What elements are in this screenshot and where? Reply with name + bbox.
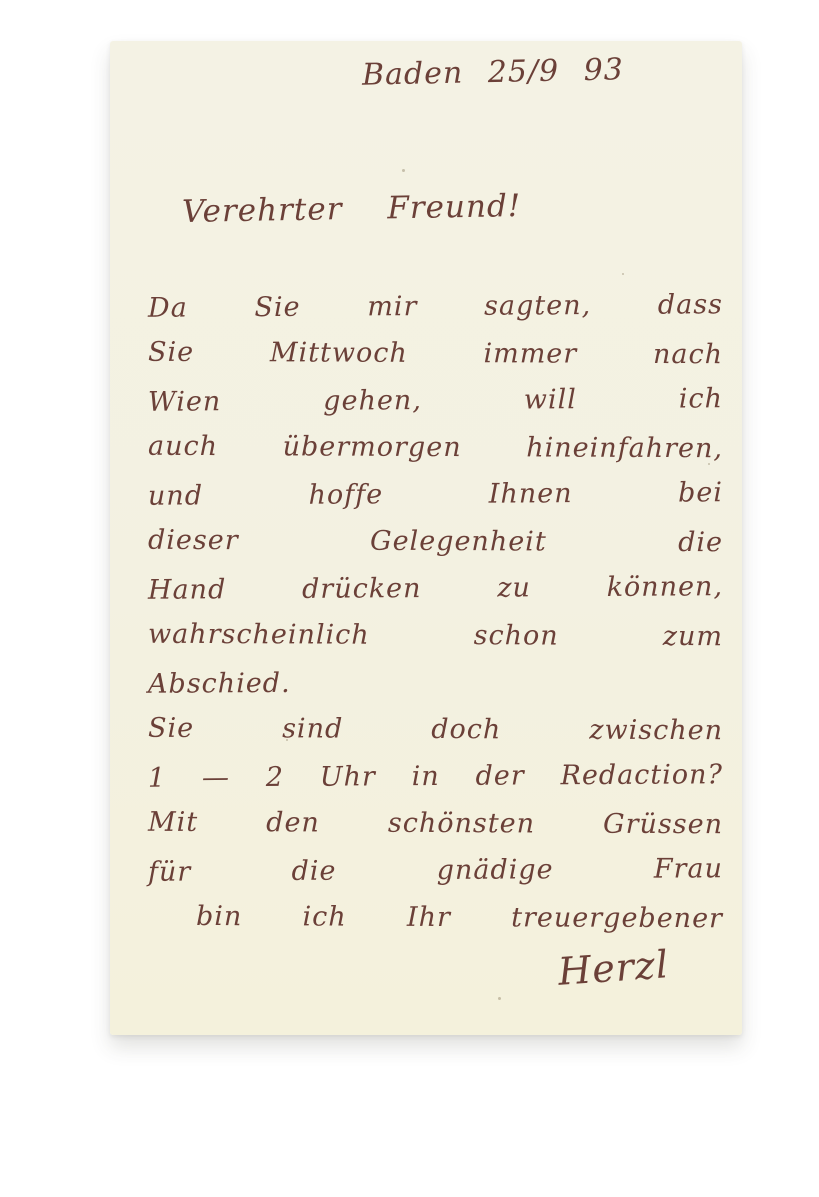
letter-line: auch übermorgen hineinfahren, (148, 425, 723, 475)
letter-line: wahrscheinlich schon zum (148, 613, 723, 663)
letter-line: und hoffe Ihnen bei (148, 471, 723, 522)
letter-sheet: Baden 25/9 93 Verehrter Freund! Da Sie m… (110, 41, 742, 1035)
paper-speck (498, 997, 501, 1000)
letter-line: Abschied. (148, 659, 723, 710)
letter-line: Wien gehen, will ich (148, 377, 723, 428)
signature: Herzl (557, 942, 671, 994)
letter-line: bin ich Ihr treuergebener (148, 895, 723, 945)
paper-speck (622, 273, 624, 275)
letter-line: Hand drücken zu können, (148, 565, 723, 616)
letter-line: dieser Gelegenheit die (148, 519, 723, 569)
letter-line: für die gnädige Frau (148, 847, 723, 898)
letter-line: Sie sind doch zwischen (148, 707, 723, 757)
letter-line: Da Sie mir sagten, dass (148, 283, 723, 334)
letter-body: Da Sie mir sagten, dassSie Mittwoch imme… (148, 285, 723, 943)
paper-speck (402, 169, 405, 172)
letter-line: 1 — 2 Uhr in der Redaction? (148, 753, 723, 804)
letter-line: Sie Mittwoch immer nach (148, 331, 723, 381)
letter-line: Mit den schönsten Grüssen (148, 801, 723, 851)
photo-background: Baden 25/9 93 Verehrter Freund! Da Sie m… (0, 0, 819, 1197)
dateline: Baden 25/9 93 (362, 52, 625, 92)
salutation: Verehrter Freund! (182, 188, 522, 230)
